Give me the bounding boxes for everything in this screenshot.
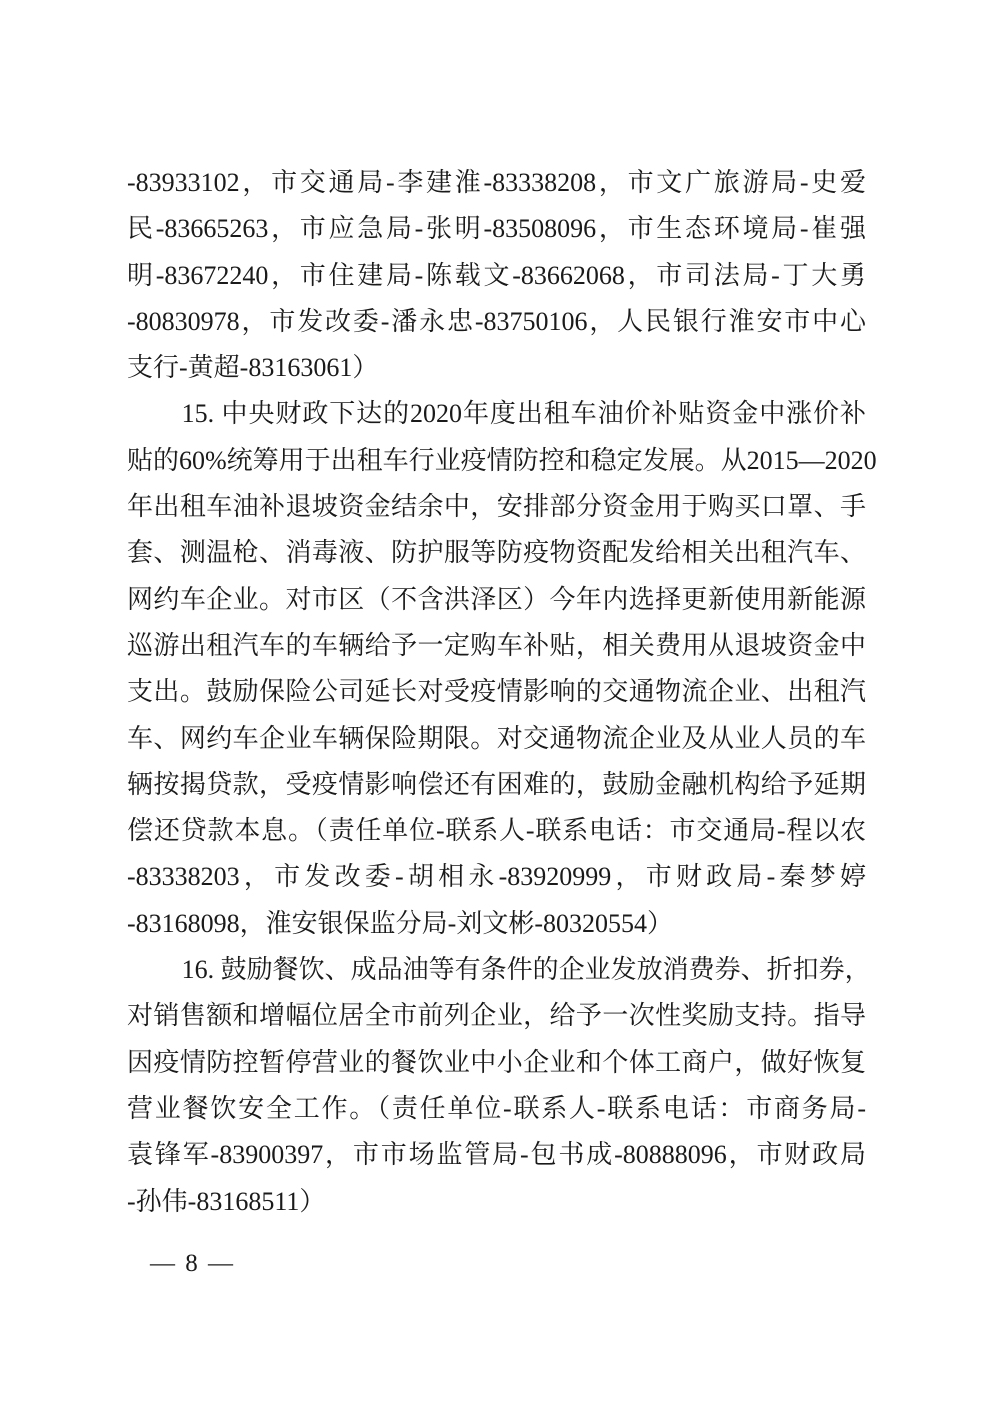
text-line: -83168098，淮安银保监分局-刘文彬-80320554） [127,901,866,947]
document-page: -83933102，市交通局-李建淮-83338208，市文广旅游局-史爱 民-… [0,0,993,1404]
paragraph-item-16: 16. 鼓励餐饮、成品油等有条件的企业发放消费券、折扣券， 对销售额和增幅位居全… [127,947,866,1225]
text-line: 套、测温枪、消毒液、防护服等防疫物资配发给相关出租汽车、 [127,530,866,576]
text-line: 贴的60%统筹用于出租车行业疫情防控和稳定发展。从2015—2020 [127,438,866,484]
text-line: 对销售额和增幅位居全市前列企业，给予一次性奖励支持。指导 [127,993,866,1039]
text-line: -孙伟-83168511） [127,1179,866,1225]
text-line: 辆按揭贷款，受疫情影响偿还有困难的，鼓励金融机构给予延期 [127,762,866,808]
text-line: -80830978，市发改委-潘永忠-83750106，人民银行淮安市中心 [127,299,866,345]
text-line: 网约车企业。对市区（不含洪泽区）今年内选择更新使用新能源 [127,577,866,623]
text-line: 15. 中央财政下达的2020年度出租车油价补贴资金中涨价补 [127,391,866,437]
text-line: 巡游出租汽车的车辆给予一定购车补贴，相关费用从退坡资金中 [127,623,866,669]
text-line: 偿还贷款本息。（责任单位-联系人-联系电话：市交通局-程以农 [127,808,866,854]
text-line: -83933102，市交通局-李建淮-83338208，市文广旅游局-史爱 [127,160,866,206]
text-line: 16. 鼓励餐饮、成品油等有条件的企业发放消费券、折扣券， [127,947,866,993]
paragraph-item-15: 15. 中央财政下达的2020年度出租车油价补贴资金中涨价补 贴的60%统筹用于… [127,391,866,947]
text-line: -83338203，市发改委-胡相永-83920999，市财政局-秦梦婷 [127,854,866,900]
text-line: 民-83665263，市应急局-张明-83508096，市生态环境局-崔强 [127,206,866,252]
text-line: 支出。鼓励保险公司延长对受疫情影响的交通物流企业、出租汽 [127,669,866,715]
text-line: 袁锋军-83900397，市市场监管局-包书成-80888096，市财政局 [127,1132,866,1178]
page-number: — 8 — [150,1248,235,1280]
text-line: 因疫情防控暂停营业的餐饮业中小企业和个体工商户，做好恢复 [127,1040,866,1086]
text-line: 年出租车油补退坡资金结余中，安排部分资金用于购买口罩、手 [127,484,866,530]
text-line: 车、网约车企业车辆保险期限。对交通物流企业及从业人员的车 [127,716,866,762]
document-text-block: -83933102，市交通局-李建淮-83338208，市文广旅游局-史爱 民-… [127,160,866,1225]
paragraph-contact-list-continuation: -83933102，市交通局-李建淮-83338208，市文广旅游局-史爱 民-… [127,160,866,391]
text-line: 支行-黄超-83163061） [127,345,866,391]
text-line: 明-83672240，市住建局-陈载文-83662068，市司法局-丁大勇 [127,253,866,299]
text-line: 营业餐饮安全工作。（责任单位-联系人-联系电话：市商务局- [127,1086,866,1132]
